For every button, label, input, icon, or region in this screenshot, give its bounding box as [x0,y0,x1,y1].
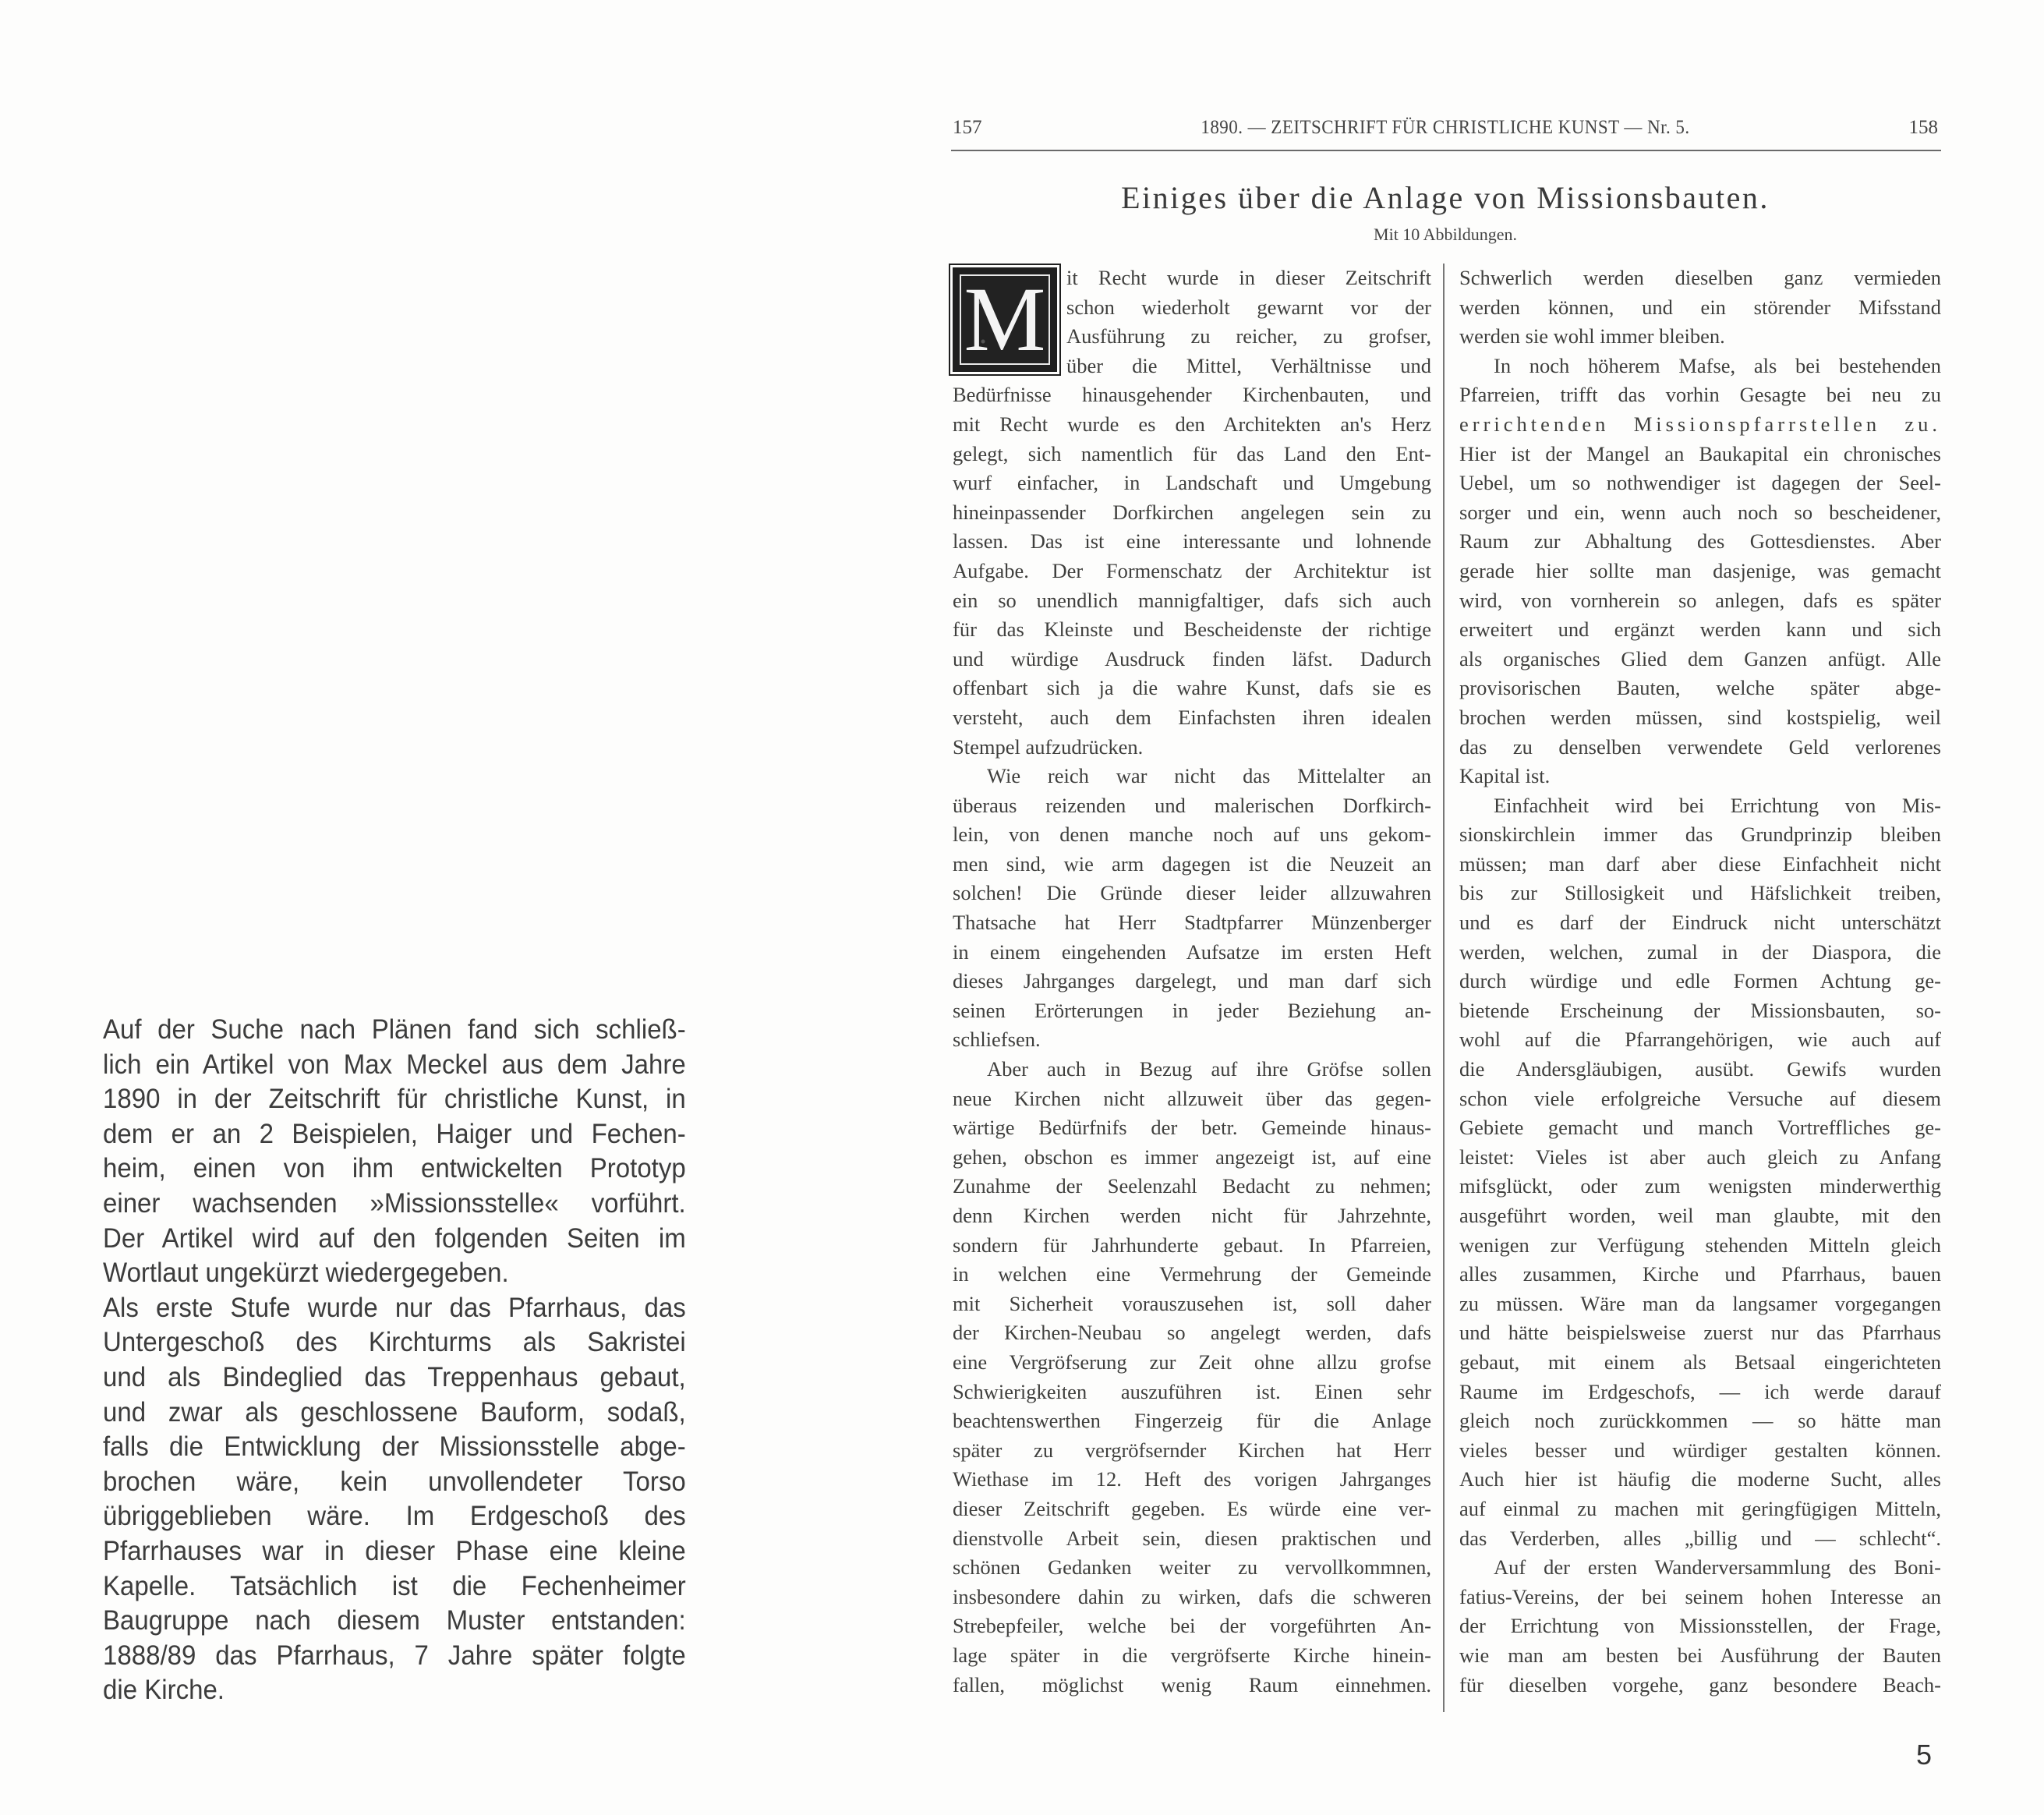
text-line: sondern für Jahrhunderte gebaut. In Pfar… [953,1231,1431,1261]
text-line: dieser Zeitschrift gegeben. Es würde ein… [953,1495,1431,1524]
text-line: fallen, möglichst wenig Raum einnehmen. [953,1671,1431,1700]
commentary-paragraph: Auf der Suche nach Plänen fand sich schl… [103,1012,645,1707]
commentary-line: heim, einen von ihm entwickelten Prototy… [103,1151,686,1186]
text-line: lassen. Das ist eine interessante und lo… [953,527,1431,557]
commentary-line: Kapelle. Tatsächlich ist die Fechenheime… [103,1569,686,1604]
text-line: schönen Gedanken weiter zu vervollkommne… [953,1553,1431,1583]
text-line: überaus reizenden und malerischen Dorfki… [953,791,1431,821]
text-line: schon viele erfolgreiche Versuche auf di… [1459,1084,1941,1114]
text-line: fatius-Vereins, der bei seinem hohen Int… [1459,1583,1941,1612]
text-line: gerade hier sollte man dasjenige, was ge… [1459,557,1941,586]
text-line: in welchen eine Vermehrung der Gemeinde [953,1260,1431,1290]
text-line: Schwerlich werden dieselben ganz vermied… [1459,264,1941,293]
text-line: und hätte beispielsweise zuerst nur das … [1459,1318,1941,1348]
text-line: gebaut, mit einem als Betsaal eingericht… [1459,1348,1941,1378]
commentary-line: Auf der Suche nach Plänen fand sich schl… [103,1012,686,1047]
text-line: wohl auf die Pfarrangehörigen, wie auch … [1459,1025,1941,1055]
text-line: wie man am besten bei Ausführung der Bau… [1459,1641,1941,1671]
text-line: Strebepfeiler, welche bei der vorgeführt… [953,1612,1431,1641]
text-line: it Recht wurde in dieser Zeitschrift [1066,264,1431,293]
text-line: hineinpassender Dorfkirchen angelegen se… [953,498,1431,528]
header-rule [951,150,1941,151]
text-line: Schwierigkeiten auszuführen ist. Einen s… [953,1378,1431,1407]
text-line: Aufgabe. Der Formenschatz der Architektu… [953,557,1431,586]
article-title: Einiges über die Anlage von Missionsbaut… [950,179,1941,216]
text-line: Wie reich war nicht das Mittelalter an [953,762,1431,791]
text-line: Bedürfnisse hinausgehender Kirchenbauten… [953,380,1431,410]
text-line: und würdige Ausdruck finden läfst. Dadur… [953,645,1431,674]
text-line: das zu denselben verwendete Geld verlore… [1459,733,1941,762]
text-line: bis zur Stillosigkeit und Häfslichkeit t… [1459,879,1941,908]
text-line: versteht, auch dem Einfachsten ihren ide… [953,703,1431,733]
text-line: wurf einfacher, in Landschaft und Umgebu… [953,469,1431,498]
text-line: Aber auch in Bezug auf ihre Gröfse solle… [953,1055,1431,1084]
page-number: 5 [1916,1739,1932,1771]
commentary-line: Der Artikel wird auf den folgenden Seite… [103,1221,686,1256]
text-line: alles zusammen, Kirche und Pfarrhaus, ba… [1459,1260,1941,1290]
text-line: für dieselben vorgehe, ganz besondere Be… [1459,1671,1941,1700]
text-line: dieses Jahrganges dargelegt, und man dar… [953,967,1431,996]
text-line: über die Mittel, Verhältnisse und [1066,352,1431,381]
text-line: In noch höherem Mafse, als bei bestehend… [1459,352,1941,381]
text-line: Stempel aufzudrücken. [953,733,1431,762]
commentary-line: Pfarrhauses war in dieser Phase eine kle… [103,1534,686,1569]
commentary-line: und zwar als geschlossene Bauform, sodaß… [103,1395,686,1430]
text-line: später zu vergröfsernder Kirchen hat Her… [953,1436,1431,1466]
text-line: schon wiederholt gewarnt vor der [1066,293,1431,323]
text-line: durch würdige und edle Formen Achtung ge… [1459,967,1941,996]
column-divider [1443,264,1445,1712]
text-line: mifsglückt, oder zum wenigsten minderwer… [1459,1172,1941,1201]
text-line: beachtenswerthen Fingerzeig für die Anla… [953,1406,1431,1436]
text-line: Einfachheit wird bei Errichtung von Mis- [1459,791,1941,821]
commentary-line: und als Bindeglied das Treppenhaus gebau… [103,1360,686,1395]
commentary-line: 1888/89 das Pfarrhaus, 7 Jahre später fo… [103,1638,686,1673]
commentary-line: dem er an 2 Beispielen, Haiger und Feche… [103,1116,686,1152]
text-line: und es darf der Eindruck nicht unterschä… [1459,908,1941,938]
commentary-line: Wortlaut ungekürzt wiedergegeben. [103,1255,686,1290]
text-line: errichtenden Missionspfarrstellen zu. [1459,410,1941,440]
text-line: men sind, wie arm dagegen ist die Neuzei… [953,850,1431,879]
commentary-line: 1890 in der Zeitschrift für christliche … [103,1081,686,1116]
text-line: wenigen zur Verfügung stehenden Mitteln … [1459,1231,1941,1261]
text-line: der Kirchen-Neubau so angelegt werden, d… [953,1318,1431,1348]
text-line: sorger und ein, wenn auch noch so besche… [1459,498,1941,528]
commentary-line: Als erste Stufe wurde nur das Pfarrhaus,… [103,1290,686,1325]
text-line: als organisches Glied dem Ganzen anfügt.… [1459,645,1941,674]
text-line: werden, welchen, zumal in der Diaspora, … [1459,938,1941,968]
text-line: eine Vergröfserung zur Zeit ohne allzu g… [953,1348,1431,1378]
running-header: 157 1890. — ZEITSCHRIFT FÜR CHRISTLICHE … [950,114,1941,145]
text-line: neue Kirchen nicht allzuweit über das ge… [953,1084,1431,1114]
text-line: das Verderben, alles „billig und — schle… [1459,1524,1941,1554]
text-line: lage später in die vergröfserte Kirche h… [953,1641,1431,1671]
commentary-line: falls die Entwicklung der Missionsstelle… [103,1429,686,1464]
text-line: mit Sicherheit vorauszusehen ist, soll d… [953,1290,1431,1319]
text-line: sionskirchlein immer das Grundprinzip bl… [1459,820,1941,850]
article-column-left: it Recht wurde in dieser Zeitschrift sch… [953,264,1431,1700]
text-line: bietende Erscheinung der Missionsbauten,… [1459,996,1941,1026]
text-line: Gebiete gemacht und manch Vortreffliches… [1459,1113,1941,1143]
text-line: wird, von vornherein so anlegen, dafs es… [1459,586,1941,616]
text-line: gehen, obschon es immer angezeigt ist, a… [953,1143,1431,1173]
commentary-line: die Kirche. [103,1672,686,1707]
text-line: erweitert und ergänzt werden kann und si… [1459,615,1941,645]
text-line: mit Recht wurde es den Architekten an's … [953,410,1431,440]
text-line: werden sie wohl immer bleiben. [1459,322,1941,352]
commentary-line: Baugruppe nach diesem Muster entstanden: [103,1603,686,1638]
text-line: werden können, und ein störender Mifssta… [1459,293,1941,323]
text-line: Raume im Erdgeschofs, — ich werde darauf [1459,1378,1941,1407]
text-line: Ausführung zu reicher, zu grofser, [1066,322,1431,352]
text-line: in einem eingehenden Aufsatze im ersten … [953,938,1431,968]
text-line: lein, von denen manche noch auf uns geko… [953,820,1431,850]
commentary-line: übriggeblieben wäre. Im Erdgeschoß des [103,1498,686,1534]
text-line: Zunahme der Seelenzahl Bedacht zu nehmen… [953,1172,1431,1201]
commentary-line: lich ein Artikel von Max Meckel aus dem … [103,1047,686,1082]
text-line: denn Kirchen werden nicht für Jahrzehnte… [953,1201,1431,1231]
text-line: gelegt, sich namentlich für das Land den… [953,440,1431,469]
text-line: Thatsache hat Herr Stadtpfarrer Münzenbe… [953,908,1431,938]
text-line: Uebel, um so nothwendiger ist dagegen de… [1459,469,1941,498]
page-number-left: 157 [953,117,982,139]
text-line: Pfarreien, trifft das vorhin Gesagte bei… [1459,380,1941,410]
text-line: offenbart sich ja die wahre Kunst, dafs … [953,674,1431,703]
text-line: provisorischen Bauten, welche später abg… [1459,674,1941,703]
text-line: der Errichtung von Missionsstellen, der … [1459,1612,1941,1641]
page-number-right: 158 [1909,117,1939,139]
text-line: müssen; man darf aber diese Einfachheit … [1459,850,1941,879]
text-line: Kapital ist. [1459,762,1941,791]
text-line: insbesondere dahin zu wirken, dafs die s… [953,1583,1431,1612]
text-line: ein so unendlich mannigfaltiger, dafs si… [953,586,1431,616]
text-line: Hier ist der Mangel an Baukapital ein ch… [1459,440,1941,469]
text-line: Auf der ersten Wanderversammlung des Bon… [1459,1553,1941,1583]
text-line: Raum zur Abhaltung des Gottesdienstes. A… [1459,527,1941,557]
text-line: Wiethase im 12. Heft des vorigen Jahrgan… [953,1465,1431,1495]
text-line: die Andersgläubigen, ausübt. Gewifs wurd… [1459,1055,1941,1084]
text-line: brochen werden müssen, sind kostspielig,… [1459,703,1941,733]
article-column-right: Schwerlich werden dieselben ganz vermied… [1459,264,1941,1700]
text-line: zu müssen. Wäre man da langsamer vorgega… [1459,1290,1941,1319]
commentary-line: Untergeschoß des Kirchturms als Sakriste… [103,1325,686,1360]
text-line: wärtige Bedürfnifs der betr. Gemeinde hi… [953,1113,1431,1143]
text-line: vieles besser und würdiger gestalten kön… [1459,1436,1941,1466]
text-line: leistet: Vieles ist aber auch gleich zu … [1459,1143,1941,1173]
text-line: seinen Erörterungen in jeder Beziehung a… [953,996,1431,1026]
text-line: für das Kleinste und Bescheidenste der r… [953,615,1431,645]
text-line: schliefsen. [953,1025,1431,1055]
text-line: ausgeführt worden, weil man glaubte, mit… [1459,1201,1941,1231]
article-subtitle: Mit 10 Abbildungen. [950,225,1941,245]
text-line: Auch hier ist häufig die moderne Sucht, … [1459,1465,1941,1495]
text-line: dienstvolle Arbeit sein, diesen praktisc… [953,1524,1431,1554]
text-line: solchen! Die Gründe dieser leider allzuw… [953,879,1431,908]
text-line: auf einmal zu machen mit geringfügigen M… [1459,1495,1941,1524]
commentary-line: einer wachsenden »Missionsstelle« vorfüh… [103,1186,686,1221]
commentary-line: brochen wäre, kein unvollendeter Torso [103,1464,686,1499]
text-line: gleich noch zurückkommen — so hätte man [1459,1406,1941,1436]
running-title: 1890. — ZEITSCHRIFT FÜR CHRISTLICHE KUNS… [989,117,1901,139]
